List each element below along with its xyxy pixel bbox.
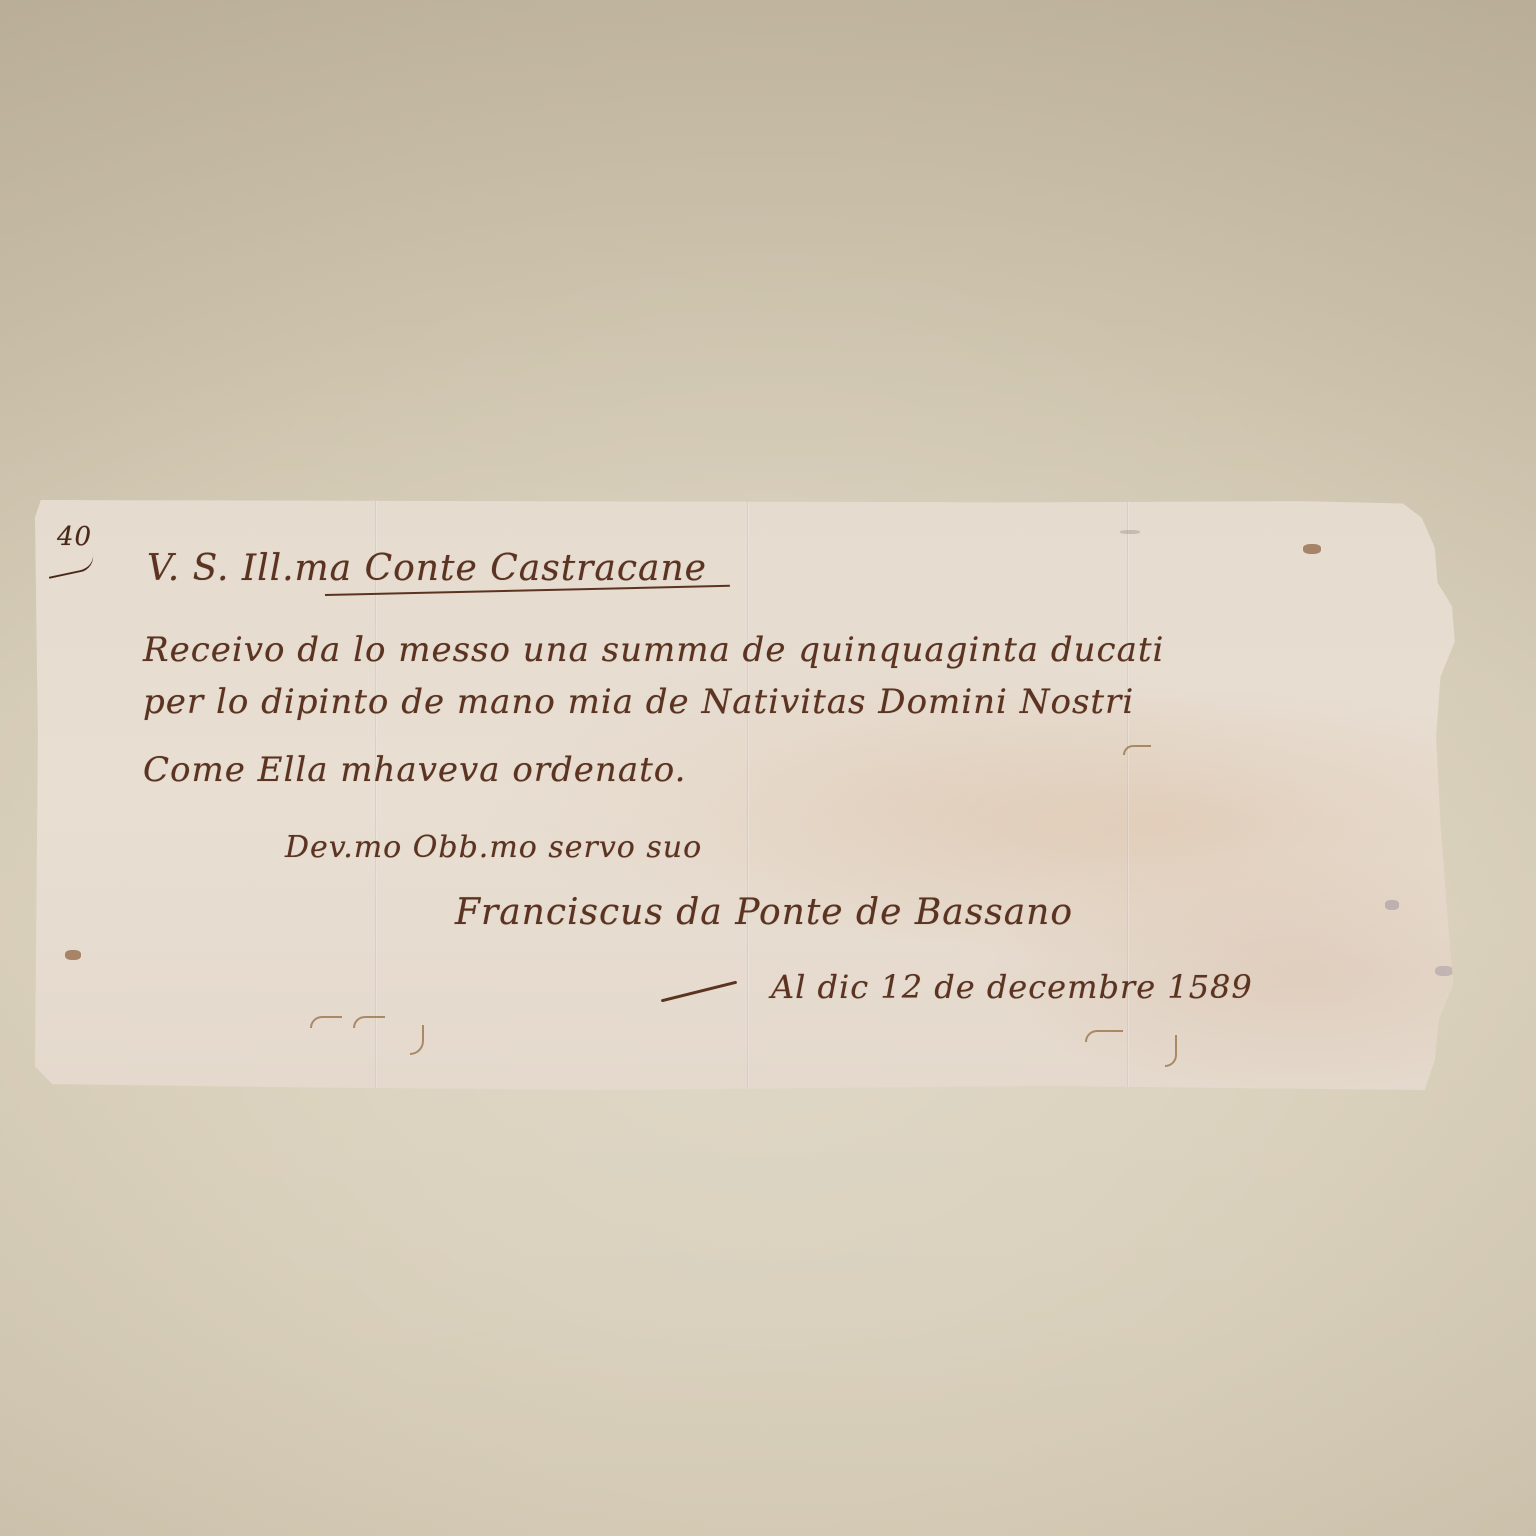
- folio-number: 40: [57, 522, 92, 552]
- paper-tear: [410, 1025, 424, 1055]
- body-line-1: Receivo da lo messo una summa de quinqua…: [143, 630, 1164, 670]
- paper-stain: [1303, 544, 1321, 554]
- paper-tear: [353, 1016, 385, 1028]
- body-line-2: per lo dipinto de mano mia de Nativitas …: [143, 682, 1134, 722]
- folio-flourish: [46, 553, 96, 579]
- paper-mark: [1435, 966, 1453, 976]
- address-heading: V. S. Ill.ma Conte Castracane: [147, 548, 707, 589]
- closing-formula: Dev.mo Obb.mo servo suo: [285, 830, 702, 865]
- paper-mark: [1120, 530, 1140, 534]
- body-line-3: Come Ella mhaveva ordenato.: [143, 750, 686, 790]
- paper-tear: [1165, 1035, 1177, 1067]
- signature: Franciscus da Ponte de Bassano: [455, 892, 1073, 933]
- date-dash: [661, 981, 737, 1003]
- paper-mark: [1385, 900, 1399, 910]
- fold-crease: [747, 500, 749, 1090]
- paper-tear: [1123, 745, 1151, 755]
- paper-stain: [65, 950, 81, 960]
- date-line: Al dic 12 de decembre 1589: [771, 968, 1253, 1006]
- paper-tear: [310, 1016, 342, 1028]
- document-paper: 40 V. S. Ill.ma Conte Castracane Receivo…: [35, 500, 1475, 1090]
- paper-tear: [1085, 1030, 1123, 1042]
